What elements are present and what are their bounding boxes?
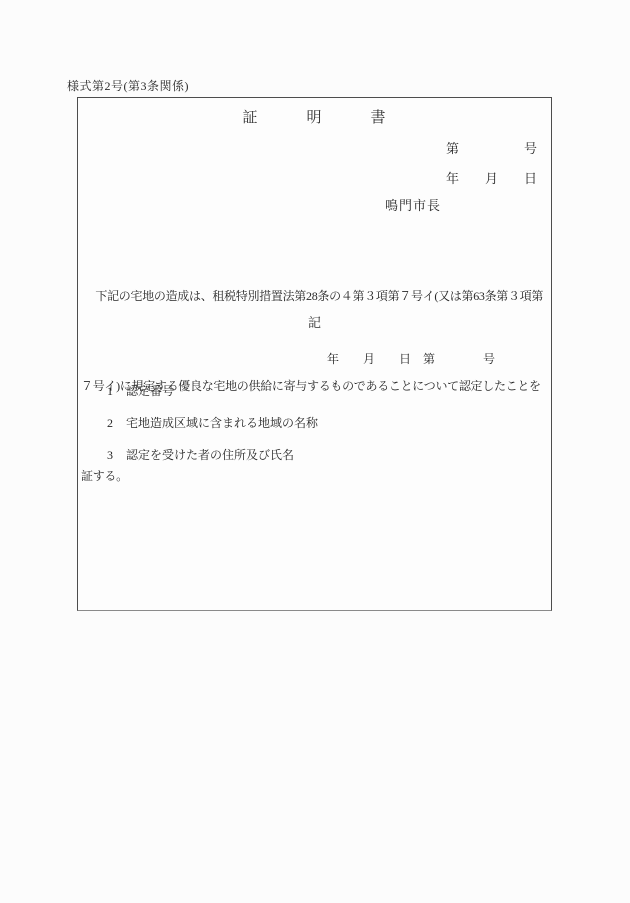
record-item-3: 3認定を受けた者の住所及び氏名	[78, 407, 551, 439]
certificate-date-line: 年 月 日	[78, 169, 551, 189]
item-3-label: 認定を受けた者の住所及び氏名	[126, 448, 294, 462]
item-1-value: 年 月 日 第 号	[327, 343, 495, 375]
record-heading: 記	[78, 313, 551, 333]
certificate-number-line: 第 号	[78, 139, 551, 159]
form-style-label: 様式第2号(第3条関係)	[67, 79, 189, 93]
certificate-border-box: 証 明 書 第 号 年 月 日 鳴門市長 下記の宅地の造成は、租税特別措置法第2…	[77, 97, 552, 611]
document-page: 様式第2号(第3条関係) 証 明 書 第 号 年 月 日 鳴門市長 下記の宅地の…	[0, 0, 630, 903]
issuer-name: 鳴門市長	[78, 196, 551, 216]
record-item-2: 2宅地造成区域に含まれる地域の名称	[78, 375, 551, 407]
body-line-1: 下記の宅地の造成は、租税特別措置法第28条の４第３項第７号イ(又は第63条第３項…	[81, 281, 548, 311]
certificate-title: 証 明 書	[78, 108, 551, 128]
item-3-number: 3	[107, 439, 126, 471]
record-item-1: 1認定番号 年 月 日 第 号	[78, 343, 551, 375]
record-items-list: 1認定番号 年 月 日 第 号 2宅地造成区域に含まれる地域の名称 3認定を受け…	[78, 343, 551, 439]
